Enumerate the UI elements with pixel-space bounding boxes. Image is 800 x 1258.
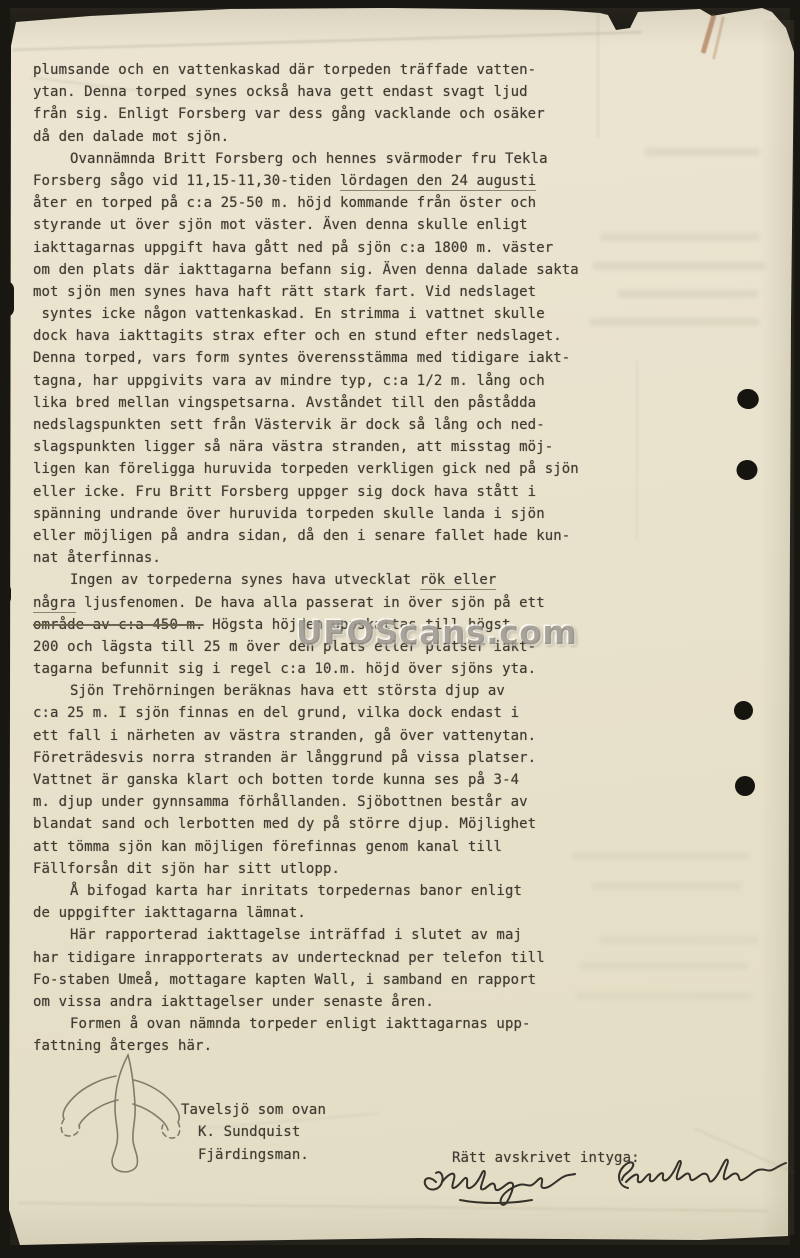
document-line: Å bifogad karta har inritats torpedernas… xyxy=(33,883,593,905)
text-segment: mot sjön men synes hava haft rätt stark … xyxy=(33,284,536,300)
closing-name: K. Sundquist xyxy=(181,1124,326,1146)
document-line: eller möjligen på andra sidan, då den i … xyxy=(33,528,593,550)
text-segment: de uppgifter iakttagarna lämnat. xyxy=(33,905,306,921)
document-line: plumsande och en vattenkaskad där torped… xyxy=(33,62,593,84)
closing-block: Tavelsjö som ovan K. Sundquist Fjärdings… xyxy=(181,1102,326,1169)
signature-illegible xyxy=(612,1150,792,1202)
document-line: iakttagarnas uppgift hava gått ned på sj… xyxy=(33,240,593,262)
document-line: Företrädesvis norra stranden är långgrun… xyxy=(33,750,593,772)
document-line: Här rapporterad iakttagelse inträffad i … xyxy=(33,927,593,949)
document-line: ett fall i närheten av västra stranden, … xyxy=(33,728,593,750)
text-segment: tagarna befunnit sig i regel c:a 10.m. h… xyxy=(33,661,536,677)
document-line: ytan. Denna torped synes också hava gett… xyxy=(33,84,593,106)
sketch-left-wing-lower xyxy=(79,1100,118,1126)
text-segment: Å bifogad karta har inritats torpedernas… xyxy=(70,883,522,899)
text-segment: styrande ut över sjön mot väster. Även d… xyxy=(33,217,528,233)
document-line: Denna torped, vars form syntes överensst… xyxy=(33,350,593,372)
document-line: att tömma sjön kan möjligen förefinnas g… xyxy=(33,839,593,861)
text-segment: plumsande och en vattenkaskad där torped… xyxy=(33,62,536,78)
closing-place: Tavelsjö som ovan xyxy=(181,1102,326,1124)
document-line: de uppgifter iakttagarna lämnat. xyxy=(33,905,593,927)
document-line: Sjön Trehörningen beräknas hava ett stör… xyxy=(33,683,593,705)
document-line: tagna, har uppgivits vara av mindre typ,… xyxy=(33,373,593,395)
text-segment: då den dalade mot sjön. xyxy=(33,129,229,145)
signature-dahlgren xyxy=(420,1160,585,1212)
document-line: nat återfinnas. xyxy=(33,550,593,572)
text-segment: åter en torped på c:a 25-50 m. höjd komm… xyxy=(33,195,536,211)
document-line: spänning undrande över huruvida torpeden… xyxy=(33,506,593,528)
underlined-text: lördagen den 24 augusti xyxy=(340,173,536,191)
text-segment: Företrädesvis norra stranden är långgrun… xyxy=(33,750,536,766)
text-segment: Här rapporterad iakttagelse inträffad i … xyxy=(70,927,522,943)
document-line: blandat sand och lerbotten med dy på stö… xyxy=(33,816,593,838)
document-line: Fällforsån dit sjön har sitt utlopp. xyxy=(33,861,593,883)
text-segment: från sig. Enligt Forsberg var dess gång … xyxy=(33,106,545,122)
document-line: m. djup under gynnsamma förhållanden. Sj… xyxy=(33,794,593,816)
text-segment: Ovannämnda Britt Forsberg och hennes svä… xyxy=(70,151,548,167)
document-line: Forsberg sågo vid 11,15-11,30-tiden lörd… xyxy=(33,173,593,195)
document-line: Ingen av torpederna synes hava utvecklat… xyxy=(33,572,593,594)
punch-hole xyxy=(735,776,755,796)
document-line: har tidigare inrapporterats av underteck… xyxy=(33,950,593,972)
document-line: Formen å ovan nämnda torpeder enligt iak… xyxy=(33,1016,593,1038)
document-line: då den dalade mot sjön. xyxy=(33,129,593,151)
document-line: slagspunkten ligger så nära västra stran… xyxy=(33,439,593,461)
sketch-left-wing-tip xyxy=(61,1119,79,1136)
punch-hole xyxy=(734,701,753,720)
document-line: Fo-staben Umeå, mottagare kapten Wall, i… xyxy=(33,972,593,994)
document-line: Vattnet är ganska klart och botten torde… xyxy=(33,772,593,794)
text-segment: Fällforsån dit sjön har sitt utlopp. xyxy=(33,861,340,877)
document-line: c:a 25 m. I sjön finnas en del grund, vi… xyxy=(33,705,593,727)
text-segment: spänning undrande över huruvida torpeden… xyxy=(33,506,545,522)
closing-title: Fjärdingsman. xyxy=(181,1147,326,1169)
document-line: från sig. Enligt Forsberg var dess gång … xyxy=(33,106,593,128)
text-segment: iakttagarnas uppgift hava gått ned på sj… xyxy=(33,240,553,256)
document-line: Ovannämnda Britt Forsberg och hennes svä… xyxy=(33,151,593,173)
document-line: om den plats där iakttagarna befann sig.… xyxy=(33,262,593,284)
text-segment: tagna, har uppgivits vara av mindre typ,… xyxy=(33,373,545,389)
document-line: mot sjön men synes hava haft rätt stark … xyxy=(33,284,593,306)
text-segment: Sjön Trehörningen beräknas hava ett stör… xyxy=(70,683,505,699)
document-line: om vissa andra iakttagelser under senast… xyxy=(33,994,593,1016)
struck-text: område av c:a 450 m. xyxy=(33,617,204,633)
underlined-text: några xyxy=(33,595,76,613)
text-segment: Formen å ovan nämnda torpeder enligt iak… xyxy=(70,1016,531,1032)
scan-edge-nick xyxy=(0,584,11,604)
text-segment: nat återfinnas. xyxy=(33,550,161,566)
typewritten-text: plumsande och en vattenkaskad där torped… xyxy=(33,62,593,1060)
underlined-text: rök eller xyxy=(420,572,497,590)
text-segment: har tidigare inrapporterats av underteck… xyxy=(33,950,545,966)
text-segment: Forsberg sågo vid 11,15-11,30-tiden xyxy=(33,173,340,189)
text-segment: om vissa andra iakttagelser under senast… xyxy=(33,994,434,1010)
text-segment: om den plats där iakttagarna befann sig.… xyxy=(33,262,579,278)
text-segment: m. djup under gynnsamma förhållanden. Sj… xyxy=(33,794,528,810)
text-segment: Vattnet är ganska klart och botten torde… xyxy=(33,772,519,788)
document-line: eller icke. Fru Britt Forsberg uppger si… xyxy=(33,484,593,506)
text-segment: ytan. Denna torped synes också hava gett… xyxy=(33,84,528,100)
watermark: UFOScans.com xyxy=(296,613,577,652)
text-segment: dock hava iakttagits strax efter och en … xyxy=(33,328,562,344)
text-segment: slagspunkten ligger så nära västra stran… xyxy=(33,439,553,455)
scanned-document-page: plumsande och en vattenkaskad där torped… xyxy=(0,0,800,1258)
document-line: dock hava iakttagits strax efter och en … xyxy=(33,328,593,350)
text-segment: Fo-staben Umeå, mottagare kapten Wall, i… xyxy=(33,972,536,988)
scan-edge-nick xyxy=(0,281,14,317)
text-segment: nedslagspunkten sett från Västervik är d… xyxy=(33,417,545,433)
text-segment: eller icke. Fru Britt Forsberg uppger si… xyxy=(33,484,536,500)
text-segment: eller möjligen på andra sidan, då den i … xyxy=(33,528,570,544)
text-segment: ljusfenomen. De hava alla passerat in öv… xyxy=(76,595,545,611)
text-segment: ett fall i närheten av västra stranden, … xyxy=(33,728,536,744)
text-segment: ligen kan föreligga huruvida torpeden ve… xyxy=(33,461,579,477)
document-line: syntes icke någon vattenkaskad. En strim… xyxy=(33,306,593,328)
document-line: tagarna befunnit sig i regel c:a 10.m. h… xyxy=(33,661,593,683)
document-line: lika bred mellan vingspetsarna. Avstånde… xyxy=(33,395,593,417)
document-line: styrande ut över sjön mot väster. Även d… xyxy=(33,217,593,239)
document-line: ligen kan föreligga huruvida torpeden ve… xyxy=(33,461,593,483)
text-segment: syntes icke någon vattenkaskad. En strim… xyxy=(33,306,545,322)
text-segment: Ingen av torpederna synes hava utvecklat xyxy=(70,572,420,588)
text-segment: c:a 25 m. I sjön finnas en del grund, vi… xyxy=(33,705,519,721)
text-segment: lika bred mellan vingspetsarna. Avstånde… xyxy=(33,395,536,411)
document-line: åter en torped på c:a 25-50 m. höjd komm… xyxy=(33,195,593,217)
document-line: nedslagspunkten sett från Västervik är d… xyxy=(33,417,593,439)
text-segment: blandat sand och lerbotten med dy på stö… xyxy=(33,816,536,832)
sketch-body xyxy=(112,1055,137,1172)
text-segment: Denna torped, vars form syntes överensst… xyxy=(33,350,570,366)
text-segment: att tömma sjön kan möjligen förefinnas g… xyxy=(33,839,502,855)
